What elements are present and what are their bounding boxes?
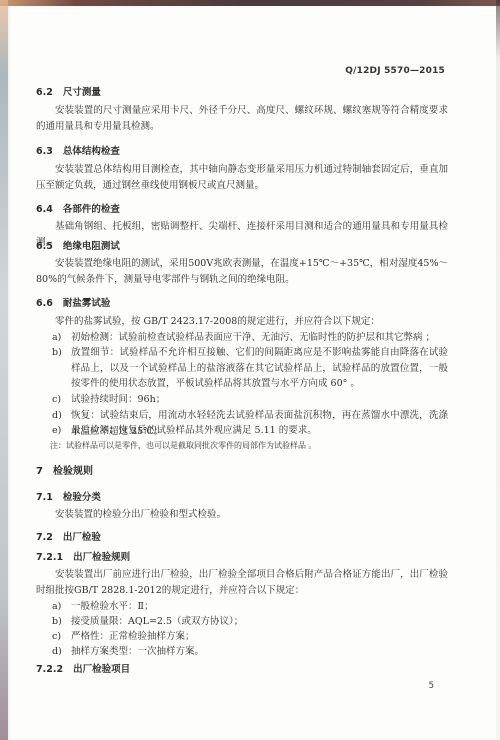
list-item-6-6-c: c) 试验持续时间：96h； xyxy=(52,392,448,408)
section-title: 尺寸测量 xyxy=(63,87,101,98)
section-heading-6-4: 6.4各部件的检查 xyxy=(36,201,120,215)
section-heading-6-5: 6.5绝缘电阻测试 xyxy=(36,238,120,252)
list-item-7-2-1-d: d) 抽样方案类型：一次抽样方案。 xyxy=(52,644,448,660)
list-marker: d) xyxy=(52,644,70,660)
list-item-6-6-e: e) 最后检测：恢复后的试验样品其外观应满足 5.11 的要求。 xyxy=(52,423,448,439)
paragraph-6-3: 安装装置总体结构用目测检查，其中轴向静态变形量采用压力机通过特制轴套固定后，垂直… xyxy=(36,162,448,193)
paragraph-6-5: 安装装置绝缘电阻的测试，采用500V兆欧表测量，在温度+15℃～+35℃，相对湿… xyxy=(36,256,448,287)
standard-code: Q/12DJ 5570—2015 xyxy=(345,66,445,76)
list-text: 一般检验水平：Ⅱ； xyxy=(71,599,448,615)
list-item-7-2-1-c: c) 严格性：正常检验抽样方案； xyxy=(52,629,448,645)
list-marker: c) xyxy=(52,392,70,408)
paragraph-6-6: 零件的盐雾试验，按 GB/T 2423.17-2008的规定进行，并应符合以下规… xyxy=(36,314,448,330)
section-title: 检验分类 xyxy=(63,492,101,503)
list-marker: b) xyxy=(52,614,70,630)
list-text: 初始检测：试验前检查试验样品表面应干净、无油污、无临时性的防护层和其它弊病 ； xyxy=(71,330,448,346)
paragraph-6-2: 安装装置的尺寸测量应采用卡尺、外径千分尺、高度尺、螺纹环规、螺纹塞规等符合精度要… xyxy=(36,103,448,134)
note-6-6: 注：试验样品可以是零件，也可以是截取同批次零件的局部作为试验样品 。 xyxy=(50,440,317,452)
chapter-heading-7: 7检验规则 xyxy=(36,462,93,477)
list-text: 试验持续时间：96h； xyxy=(71,392,448,408)
scan-edge-right xyxy=(496,0,500,740)
section-title: 各部件的检查 xyxy=(63,204,120,215)
list-text: 接受质量限：AQL=2.5（或双方协议）； xyxy=(71,614,448,630)
list-marker: b) xyxy=(52,345,70,361)
list-item-7-2-1-b: b) 接受质量限：AQL=2.5（或双方协议）； xyxy=(52,614,448,630)
page-number: 5 xyxy=(429,681,434,691)
paragraph-7-1: 安装装置的检验分出厂检验和型式检验。 xyxy=(36,507,448,523)
section-heading-7-1: 7.1检验分类 xyxy=(36,489,101,503)
paragraph-7-2-1: 安装装置出厂前应进行出厂检验，出厂检验全部项目合格后附产品合格证方能出厂，出厂检… xyxy=(36,567,448,598)
list-text: 严格性：正常检验抽样方案； xyxy=(71,629,448,645)
section-title: 绝缘电阻测试 xyxy=(63,241,120,252)
section-heading-7-2-1: 7.2.1出厂检验规则 xyxy=(36,549,130,563)
section-title: 出厂检验规则 xyxy=(73,552,130,563)
section-number: 6.3 xyxy=(36,146,53,157)
list-item-7-2-1-a: a) 一般检验水平：Ⅱ； xyxy=(52,599,448,615)
section-heading-6-6: 6.6耐盐雾试验 xyxy=(36,295,110,309)
section-heading-7-2-2: 7.2.2出厂检验项目 xyxy=(36,661,130,675)
section-heading-6-3: 6.3总体结构检查 xyxy=(36,143,120,157)
section-title: 耐盐雾试验 xyxy=(63,298,111,309)
section-number: 7.2.1 xyxy=(36,552,63,563)
section-number: 6.2 xyxy=(36,87,53,98)
list-text: 最后检测：恢复后的试验样品其外观应满足 5.11 的要求。 xyxy=(71,423,448,439)
section-title: 总体结构检查 xyxy=(63,146,120,157)
section-number: 6.4 xyxy=(36,204,53,215)
list-item-6-6-a: a) 初始检测：试验前检查试验样品表面应干净、无油污、无临时性的防护层和其它弊病… xyxy=(52,330,448,346)
section-heading-7-2: 7.2出厂检验 xyxy=(36,529,101,543)
list-marker: a) xyxy=(52,330,70,346)
section-number: 6.5 xyxy=(36,241,53,252)
section-number: 7.2.2 xyxy=(36,664,63,675)
section-heading-6-2: 6.2尺寸测量 xyxy=(36,84,101,98)
list-marker: a) xyxy=(52,599,70,615)
scan-edge-left xyxy=(0,0,8,740)
list-text: 抽样方案类型：一次抽样方案。 xyxy=(71,644,448,660)
list-text: 放置细节：试验样品不允许相互接触、它们的间隔距离应是不影响盐雾能自由降落在试验样… xyxy=(71,345,448,392)
list-marker: d) xyxy=(52,408,70,424)
section-number: 7.1 xyxy=(36,492,53,503)
section-title: 出厂检验 xyxy=(63,532,101,543)
section-number: 7.2 xyxy=(36,532,53,543)
list-marker: c) xyxy=(52,629,70,645)
section-title: 出厂检验项目 xyxy=(73,664,130,675)
section-number: 6.6 xyxy=(36,298,53,309)
section-number: 7 xyxy=(36,466,43,477)
list-item-6-6-b: b) 放置细节：试验样品不允许相互接触、它们的间隔距离应是不影响盐雾能自由降落在… xyxy=(52,345,448,392)
list-marker: e) xyxy=(52,423,70,439)
section-title: 检验规则 xyxy=(53,466,93,477)
